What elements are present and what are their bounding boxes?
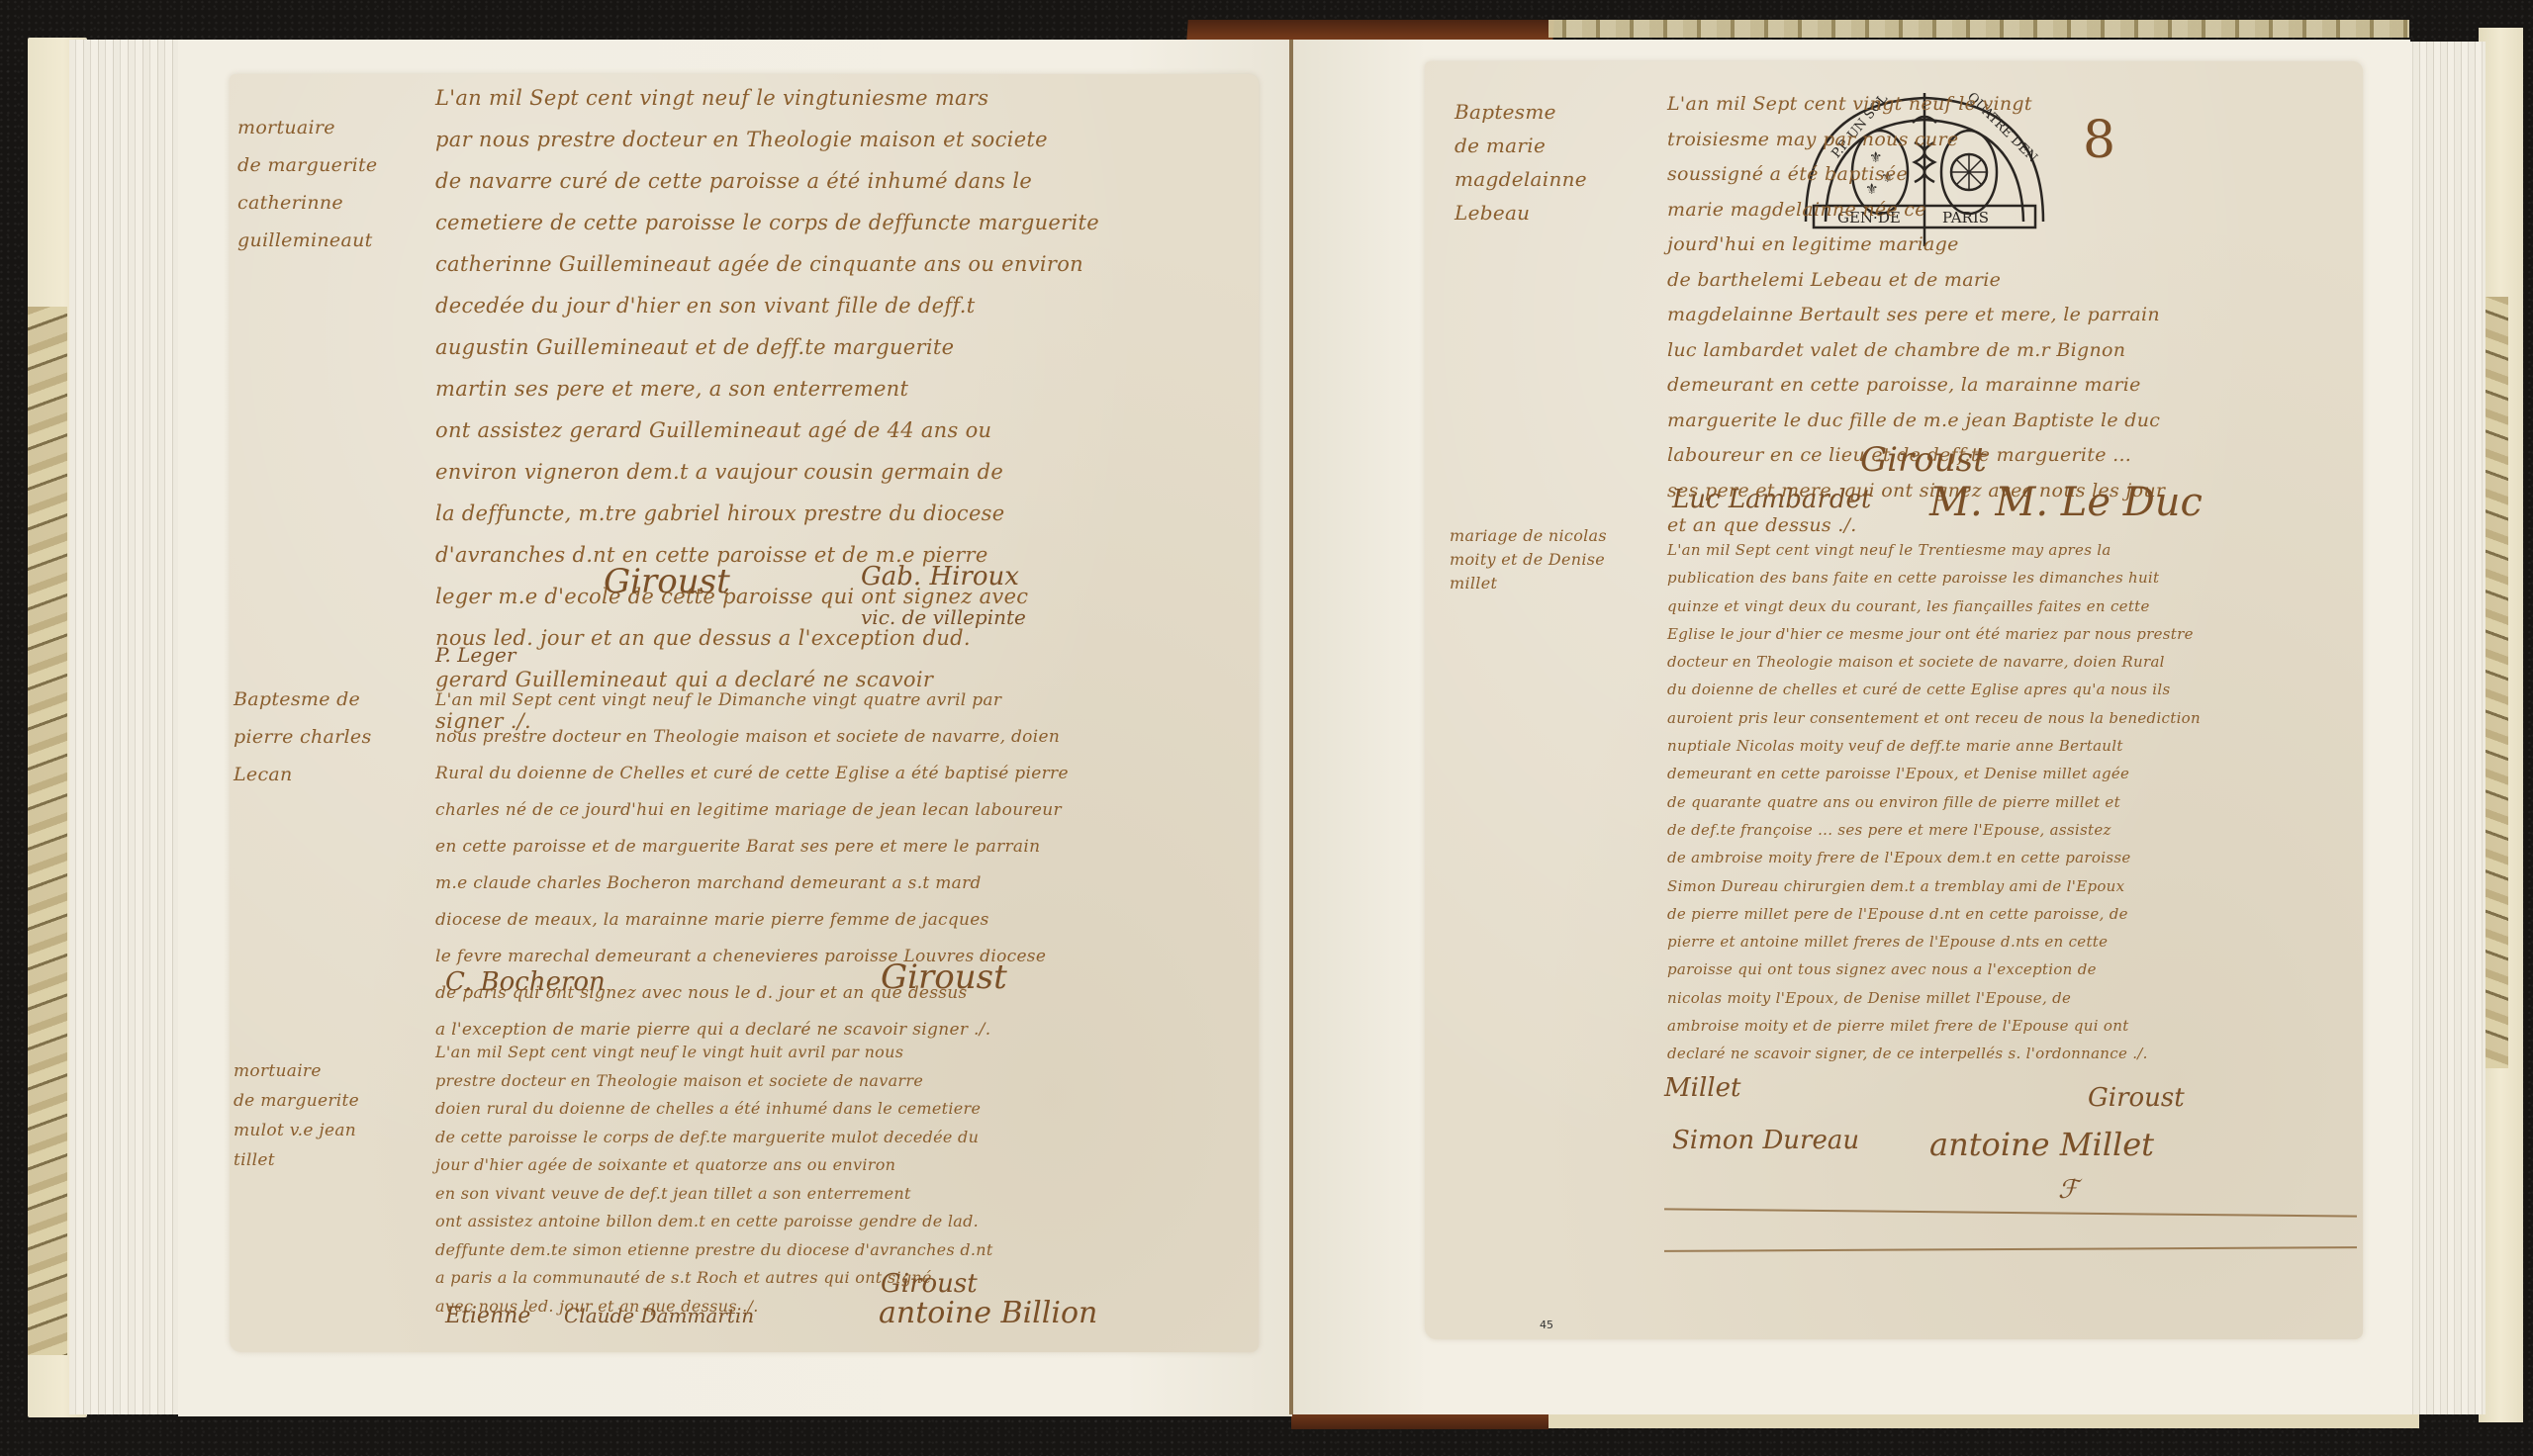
entry-line: cemetiere de cette paroisse le corps de … — [435, 202, 1099, 243]
entry-line: marie magdelainne née ce — [1667, 193, 2165, 228]
signature-giroust: Giroust — [881, 957, 1007, 997]
margin-note-line: catherinne — [237, 184, 377, 222]
signature-giroust: Giroust — [604, 562, 730, 601]
entry-line: deffunte dem.te simon etienne prestre du… — [435, 1236, 993, 1265]
margin-note-baptism-1: Baptesme de pierre charles Lecan — [234, 681, 372, 793]
page-block-right — [2406, 42, 2486, 1414]
entry-line: augustin Guillemineaut et de deff.te mar… — [435, 326, 1099, 368]
signature-billion: antoine Billion — [879, 1296, 1097, 1330]
entry-line: de quarante quatre ans ou environ fille … — [1667, 788, 2201, 816]
margin-note-line: Baptesme — [1454, 95, 1587, 129]
margin-note-burial-1: mortuaire de marguerite catherinne guill… — [237, 109, 377, 259]
entry-line: paroisse qui ont tous signez avec nous a… — [1667, 955, 2201, 983]
entry-line: la deffuncte, m.tre gabriel hiroux prest… — [435, 493, 1099, 534]
book-gutter — [1289, 40, 1293, 1414]
entry-line: luc lambardet valet de chambre de m.r Bi… — [1667, 333, 2165, 369]
entry-line: ambroise moity et de pierre milet frere … — [1667, 1012, 2201, 1040]
margin-note-line: de marguerite — [237, 146, 377, 184]
margin-note-marriage: mariage de nicolas moity et de Denise mi… — [1450, 524, 1607, 595]
entry-line: ont assistez gerard Guillemineaut agé de… — [435, 409, 1099, 451]
signature-hiroux: Gab. Hiroux — [861, 562, 1019, 591]
spine-leather-top — [1186, 20, 1554, 42]
margin-note-burial-2: mortuaire de marguerite mulot v.e jean t… — [234, 1056, 359, 1175]
entry-line: de navarre curé de cette paroisse a été … — [435, 160, 1099, 202]
signature-millet: Millet — [1664, 1073, 1740, 1103]
entry-line: m.e claude charles Bocheron marchand dem… — [435, 865, 1069, 902]
entry-line: de cette paroisse le corps de def.te mar… — [435, 1124, 993, 1152]
margin-note-line: mariage de nicolas — [1450, 524, 1607, 548]
signature-le-duc: M. M. Le Duc — [1929, 480, 2203, 525]
page-block-left — [69, 40, 183, 1414]
entry-line: de barthelemi Lebeau et de marie — [1667, 263, 2165, 299]
entry-line: jour d'hier agée de soixante et quatorze… — [435, 1151, 993, 1180]
entry-line: declaré ne scavoir signer, de ce interpe… — [1667, 1040, 2201, 1067]
entry-line: de def.te françoise ... ses pere et mere… — [1667, 816, 2201, 844]
marbled-edge-top — [1548, 20, 2409, 38]
signature-dureau: Simon Dureau — [1672, 1126, 1859, 1155]
entry-line: nuptiale Nicolas moity veuf de deff.te m… — [1667, 732, 2201, 760]
cover-edge-bottom — [1548, 1412, 2419, 1428]
margin-note-line: Baptesme de — [234, 681, 372, 718]
entry-line: auroient pris leur consentement et ont r… — [1667, 704, 2201, 732]
signature-antoine-millet: antoine Millet — [1929, 1126, 2154, 1163]
margin-note-line: pierre charles — [234, 718, 372, 756]
entry-line: L'an mil Sept cent vingt neuf le vingtun… — [435, 77, 1099, 119]
signature-leger: P. Leger — [435, 643, 516, 667]
margin-note-line: guillemineaut — [237, 222, 377, 259]
margin-note-line: de marguerite — [234, 1086, 359, 1116]
register-entry-marriage: L'an mil Sept cent vingt neuf le Trentie… — [1667, 536, 2201, 1068]
signature-giroust: Giroust — [881, 1269, 978, 1299]
entry-line: troisiesme may par nous cure — [1667, 123, 2165, 158]
entry-line: du doienne de chelles et curé de cette E… — [1667, 676, 2201, 703]
margin-note-line: magdelainne — [1454, 162, 1587, 196]
paraph-flourish-icon: ℱ — [2058, 1175, 2078, 1205]
entry-line: nous prestre docteur en Theologie maison… — [435, 719, 1069, 756]
entry-line: quinze et vingt deux du courant, les fia… — [1667, 592, 2201, 620]
entry-line: decedée du jour d'hier en son vivant fil… — [435, 285, 1099, 326]
margin-note-line: millet — [1450, 572, 1607, 595]
margin-note-line: Lecan — [234, 756, 372, 793]
entry-line: L'an mil Sept cent vingt neuf le Dimanch… — [435, 682, 1069, 719]
margin-note-line: mortuaire — [237, 109, 377, 146]
signature-lambardet: Luc Lambardet — [1672, 485, 1871, 514]
signature-title-vicar: vic. de villepinte — [861, 605, 1026, 629]
entry-line: en cette paroisse et de marguerite Barat… — [435, 829, 1069, 865]
entry-line: ont assistez antoine billon dem.t en cet… — [435, 1208, 993, 1236]
entry-line: par nous prestre docteur en Theologie ma… — [435, 119, 1099, 160]
entry-line: charles né de ce jourd'hui en legitime m… — [435, 792, 1069, 829]
entry-line: jourd'hui en legitime mariage — [1667, 227, 2165, 263]
entry-line: Simon Dureau chirurgien dem.t a tremblay… — [1667, 872, 2201, 900]
entry-line: L'an mil Sept cent vingt neuf le vingt — [1667, 87, 2165, 123]
entry-line: Eglise le jour d'hier ce mesme jour ont … — [1667, 620, 2201, 648]
folio-number: 45 — [1540, 1319, 1553, 1331]
entry-line: demeurant en cette paroisse, la marainne… — [1667, 368, 2165, 404]
entry-line: environ vigneron dem.t a vaujour cousin … — [435, 451, 1099, 493]
signature-giroust: Giroust — [1860, 440, 1987, 480]
entry-line: L'an mil Sept cent vingt neuf le vingt h… — [435, 1039, 993, 1067]
entry-line: pierre et antoine millet freres de l'Epo… — [1667, 928, 2201, 955]
margin-note-line: mulot v.e jean — [234, 1116, 359, 1145]
margin-note-baptism-2: Baptesme de marie magdelainne Lebeau — [1454, 95, 1587, 229]
signature-etienne: Etienne — [445, 1304, 530, 1328]
entry-line: de ambroise moity frere de l'Epoux dem.t… — [1667, 844, 2201, 871]
margin-note-line: Lebeau — [1454, 196, 1587, 229]
entry-line: diocese de meaux, la marainne marie pier… — [435, 902, 1069, 939]
margin-note-line: tillet — [234, 1145, 359, 1175]
entry-line: de pierre millet pere de l'Epouse d.nt e… — [1667, 900, 2201, 928]
signature-dammartin: Claude Dammartin — [564, 1304, 754, 1327]
margin-note-line: mortuaire — [234, 1056, 359, 1086]
entry-line: doien rural du doienne de chelles a été … — [435, 1095, 993, 1124]
entry-line: publication des bans faite en cette paro… — [1667, 564, 2201, 591]
signature-giroust: Giroust — [2088, 1083, 2185, 1113]
entry-line: nicolas moity l'Epoux, de Denise millet … — [1667, 984, 2201, 1012]
entry-line: L'an mil Sept cent vingt neuf le Trentie… — [1667, 536, 2201, 564]
entry-line: Rural du doienne de Chelles et curé de c… — [435, 756, 1069, 792]
register-entry-burial-1: L'an mil Sept cent vingt neuf le vingtun… — [435, 77, 1099, 742]
margin-note-line: moity et de Denise — [1450, 548, 1607, 572]
entry-line: docteur en Theologie maison et societe d… — [1667, 648, 2201, 676]
entry-line: martin ses pere et mere, a son enterreme… — [435, 368, 1099, 409]
entry-line: magdelainne Bertault ses pere et mere, l… — [1667, 298, 2165, 333]
signature-bocheron: C. Bocheron — [445, 967, 606, 997]
marbled-endpaper-left — [28, 307, 67, 1355]
entry-line: prestre docteur en Theologie maison et s… — [435, 1067, 993, 1096]
entry-line: en son vivant veuve de def.t jean tillet… — [435, 1180, 993, 1209]
entry-line: demeurant en cette paroisse l'Epoux, et … — [1667, 760, 2201, 787]
entry-line: soussigné a été baptisée — [1667, 157, 2165, 193]
entry-line: marguerite le duc fille de m.e jean Bapt… — [1667, 404, 2165, 439]
margin-note-line: de marie — [1454, 129, 1587, 162]
entry-line: catherinne Guillemineaut agée de cinquan… — [435, 243, 1099, 285]
